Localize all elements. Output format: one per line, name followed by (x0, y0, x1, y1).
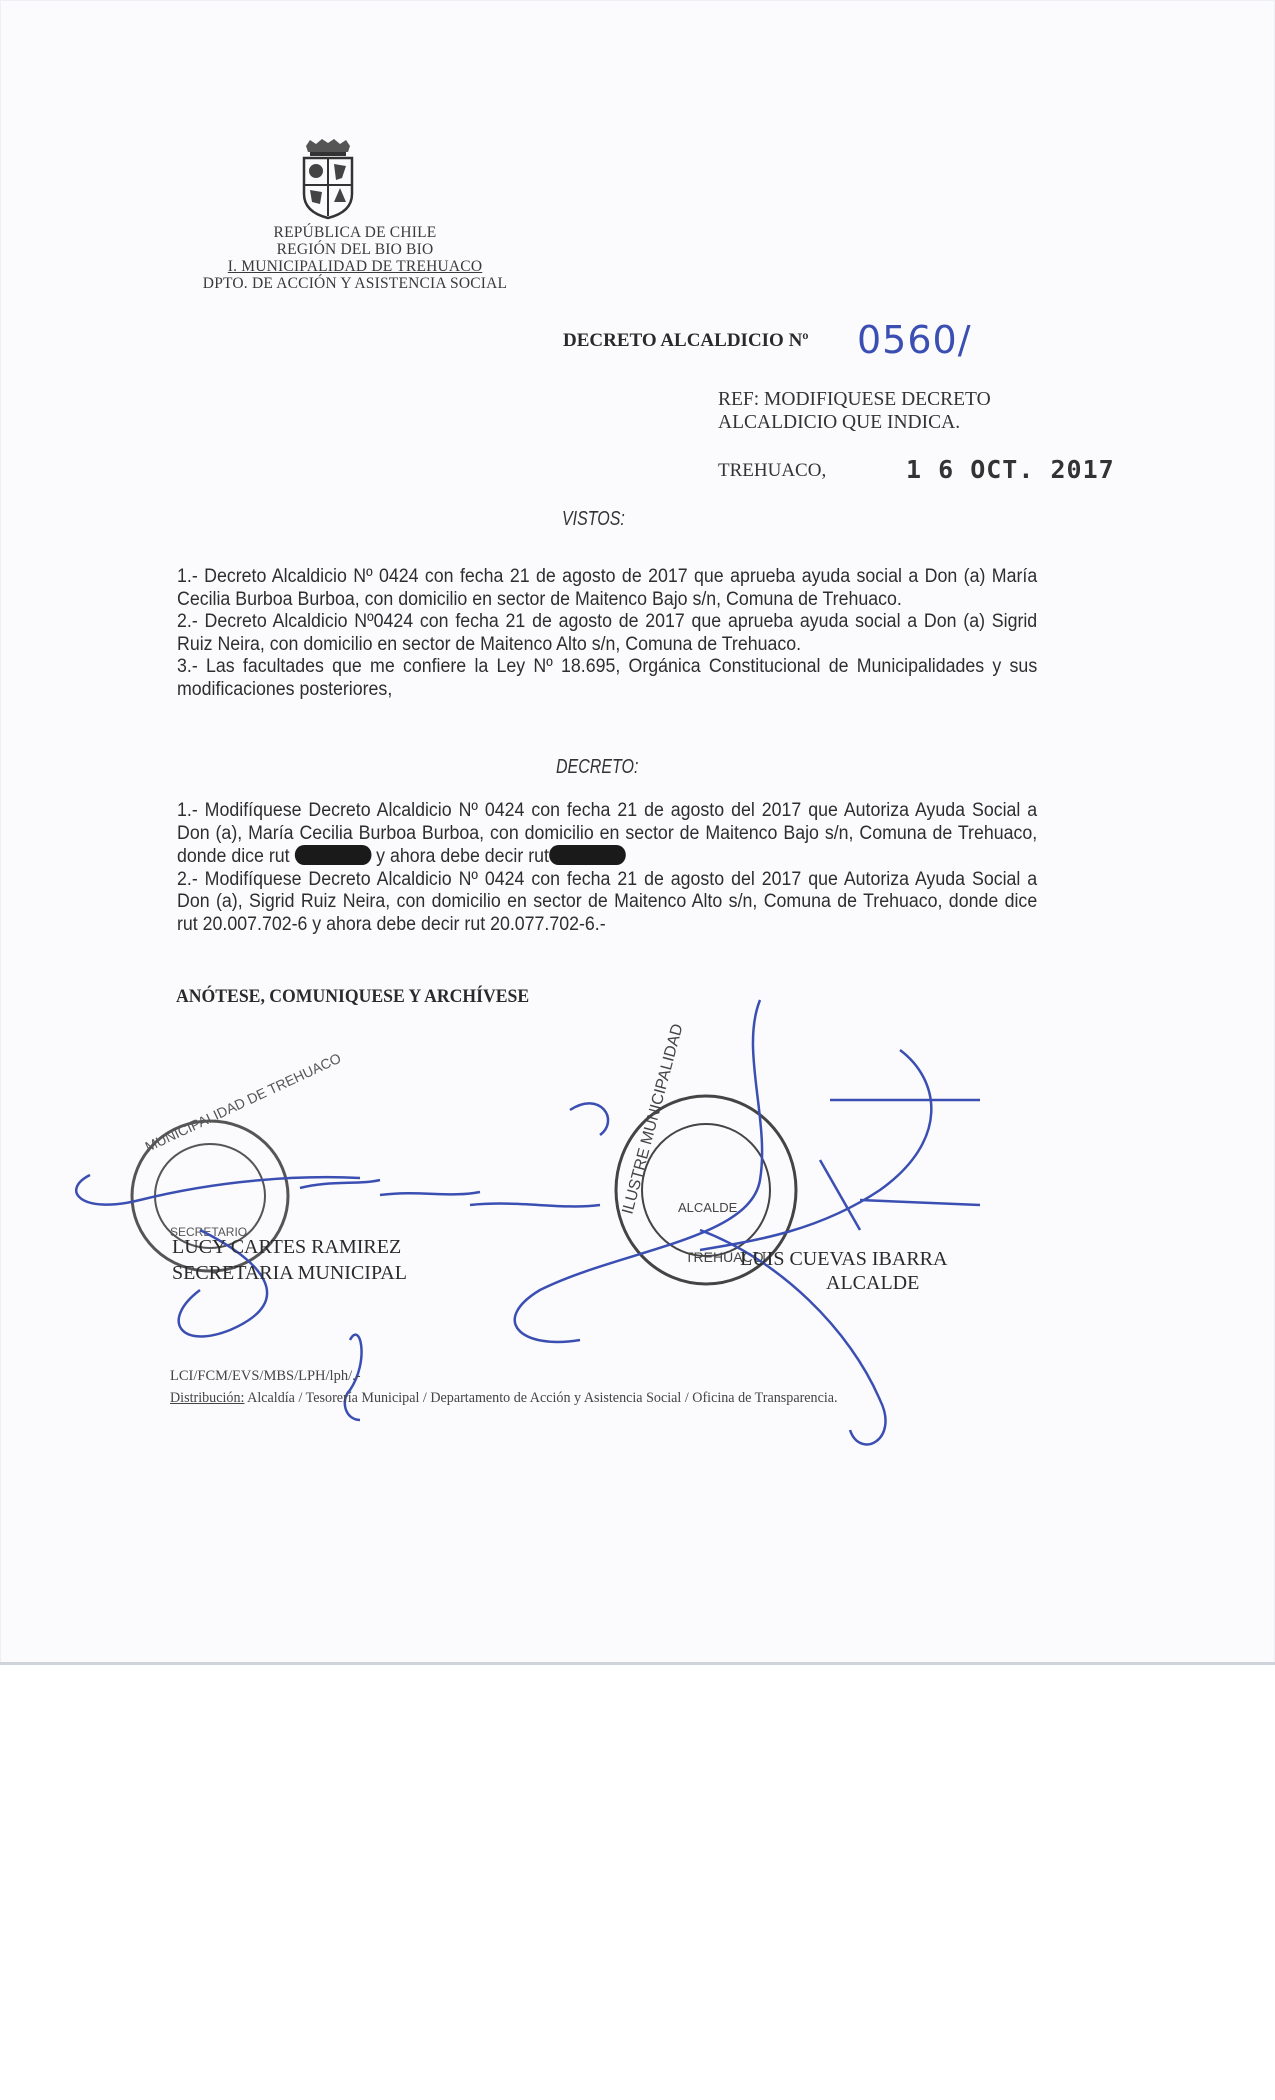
closing-formula: ANÓTESE, COMUNIQUESE Y ARCHÍVESE (176, 986, 529, 1008)
vistos-item: 2.- Decreto Alcaldicio Nº0424 con fecha … (177, 611, 1037, 656)
letterhead: REPÚBLICA DE CHILE REGIÓN DEL BIO BIO I.… (170, 224, 540, 292)
page-edge (0, 1662, 1275, 1665)
date-stamp: 1 6 OCT. 2017 (906, 455, 1115, 484)
secretary-name: LUCY CARTES RAMIREZ (172, 1236, 401, 1259)
municipal-coat-of-arms-icon (298, 138, 358, 220)
mayor-name: LUIS CUEVAS IBARRA (740, 1248, 947, 1271)
decreto-item: 2.- Modifíquese Decreto Alcaldicio Nº 04… (177, 869, 1037, 937)
letterhead-municipality: I. MUNICIPALIDAD DE TREHUACO (170, 258, 540, 275)
distribution-list: Alcaldía / Tesorería Municipal / Departa… (244, 1390, 837, 1406)
vistos-list: 1.- Decreto Alcaldicio Nº 0424 con fecha… (177, 566, 1037, 701)
letterhead-region: REGIÓN DEL BIO BIO (170, 241, 540, 258)
decree-title: DECRETO ALCALDICIO Nº (563, 330, 809, 352)
reference-line-2: ALCALDICIO QUE INDICA. (718, 411, 991, 434)
vistos-heading: VISTOS: (562, 508, 625, 531)
letterhead-country: REPÚBLICA DE CHILE (170, 224, 540, 241)
decreto-heading: DECRETO: (556, 756, 638, 779)
decreto-item: 1.- Modifíquese Decreto Alcaldicio Nº 04… (177, 800, 1037, 869)
letterhead-department: DPTO. DE ACCIÓN Y ASISTENCIA SOCIAL (170, 275, 540, 292)
decree-number-handwritten: 0560/ (857, 318, 972, 362)
redacted-rut (295, 845, 372, 865)
decreto-list: 1.- Modifíquese Decreto Alcaldicio Nº 04… (177, 800, 1037, 936)
reference-line-1: REF: MODIFIQUESE DECRETO (718, 388, 991, 411)
distribution-line: Distribución: Alcaldía / Tesorería Munic… (170, 1390, 838, 1407)
mayor-role: ALCALDE (826, 1272, 919, 1295)
vistos-item: 1.- Decreto Alcaldicio Nº 0424 con fecha… (177, 566, 1037, 611)
redacted-rut (549, 845, 626, 865)
secretary-role: SECRETARIA MUNICIPAL (172, 1262, 407, 1285)
vistos-item: 3.- Las facultades que me confiere la Le… (177, 656, 1037, 701)
decreto-item-1-text-cont: y ahora debe decir rut (371, 846, 549, 867)
distribution-label: Distribución: (170, 1390, 244, 1406)
place: TREHUACO, (718, 460, 826, 482)
initials-line: LCI/FCM/EVS/MBS/LPH/lph/.- (170, 1368, 361, 1385)
reference-block: REF: MODIFIQUESE DECRETO ALCALDICIO QUE … (718, 388, 991, 434)
